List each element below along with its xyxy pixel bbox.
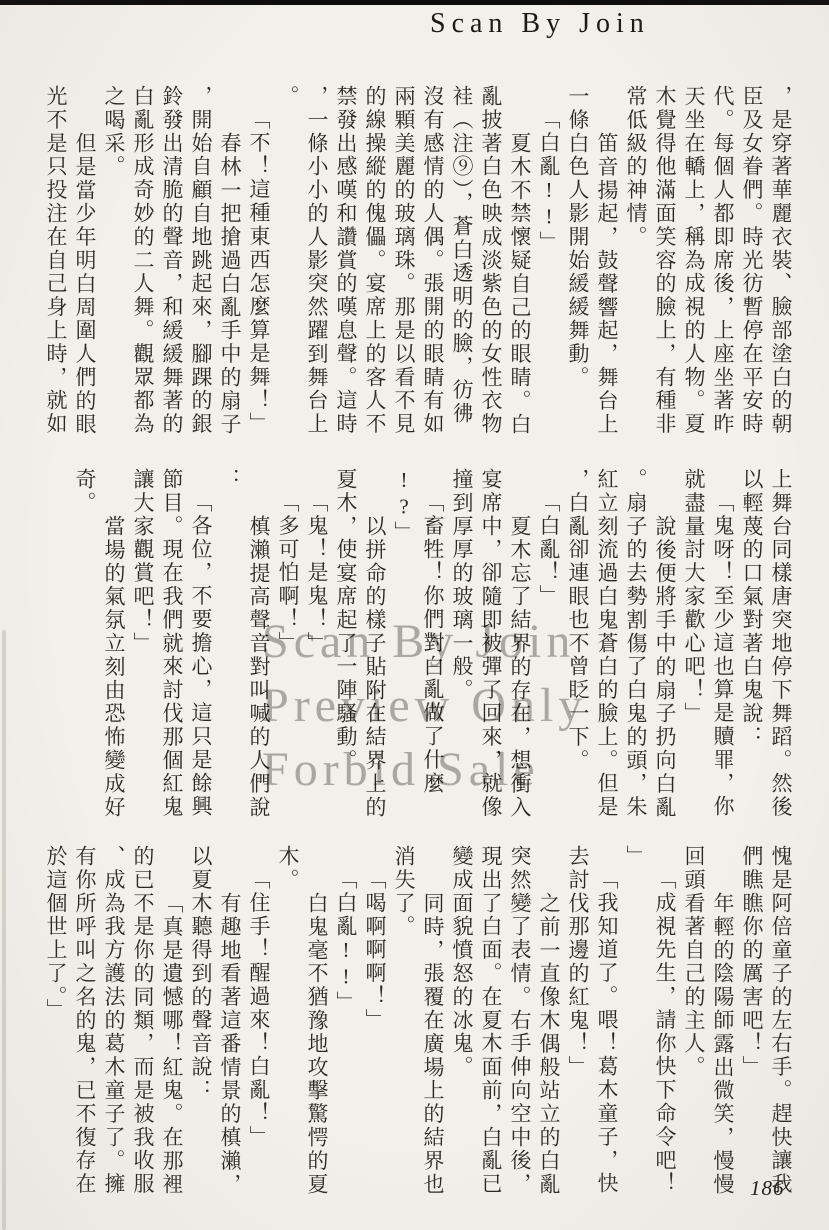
paragraph: 當場的氣氛立刻由恐怖變成好奇。: [70, 468, 128, 820]
scanned-book-page: Scan By Join ，是穿著華麗衣裝、臉部塗白的朝臣及女眷們。時光彷暫停在…: [0, 0, 829, 1230]
scan-header: Scan By Join: [430, 8, 650, 40]
paragraph: 「成視先生，請你快下命令吧！」: [621, 845, 679, 1197]
text-band-bottom: 愧是阿倍童子的左右手。趕快讓我們瞧瞧你的厲害吧！」 年輕的陰陽師露出微笑，慢慢回…: [33, 845, 795, 1197]
paragraph: 夏木不禁懷疑自己的眼睛。白亂披著白色映成淡紫色的女性衣物袿（注⑨），蒼白透明的臉…: [273, 85, 534, 437]
scan-artifact-left-edge: [2, 630, 6, 1230]
paragraph: 「我知道了。喂！葛木童子，快去討伐那邊的紅鬼！」: [563, 845, 621, 1197]
paragraph: 上舞台同樣唐突地停下舞蹈。然後以輕蔑的口氣對著白鬼說：: [737, 468, 795, 820]
watermark: Scan By Join Preview Only Forbid Sale: [262, 610, 587, 802]
paragraph: 「各位，不要擔心，這只是餘興節目。現在我們就來討伐那個紅鬼讓大家觀賞吧！」: [128, 468, 215, 820]
paragraph: 春林一把搶過白亂手中的扇子，開始自顧自地跳起來，腳踝的銀鈴發出清脆的聲音，和緩緩…: [99, 85, 244, 437]
watermark-line: Scan By Join: [262, 610, 587, 674]
paragraph: 「不！這種東西怎麼算是舞！」: [244, 85, 273, 437]
paragraph: 之前一直像木偶般站立的白亂突然變了表情。右手伸向空中後，現出了白面。在夏木面前，…: [447, 845, 563, 1197]
watermark-line: Forbid Sale: [262, 738, 587, 802]
watermark-line: Preview Only: [262, 674, 587, 738]
paragraph: ，是穿著華麗衣裝、臉部塗白的朝臣及女眷們。時光彷暫停在平安時代。每個人都即席後，…: [621, 85, 795, 437]
page-number: 186: [750, 1176, 785, 1201]
paragraph: 「鬼呀！至少這也算是贖罪，你就盡量討大家歡心吧！」: [679, 468, 737, 820]
paragraph: 「白亂!!」: [331, 845, 360, 1197]
paragraph: 「喝啊啊啊！」: [360, 845, 389, 1197]
paragraph: 笛音揚起，鼓聲響起，舞台上一條白色人影開始緩緩舞動。: [563, 85, 621, 437]
paragraph: 白鬼毫不猶豫地攻擊驚愕的夏木。: [273, 845, 331, 1197]
paragraph: 有趣地看著這番情景的槙瀨，以夏木聽得到的聲音說：: [186, 845, 244, 1197]
paragraph: 年輕的陰陽師露出微笑，慢慢回頭看著自己的主人。: [679, 845, 737, 1197]
paragraph: 「真是遺憾哪！紅鬼。在那裡的已不是你的同類，而是被我收服、成為我方護法的葛木童子…: [41, 845, 186, 1197]
paragraph: 「白亂!!」: [534, 85, 563, 437]
paragraph: 同時，張覆在廣場上的結界也消失了。: [389, 845, 447, 1197]
paragraph: 「住手！醒過來！白亂！」: [244, 845, 273, 1197]
scan-artifact-top-edge: [0, 0, 829, 5]
paragraph: 但是當少年明白周圍人們的眼光不是只投注在自己身上時，就如: [41, 85, 99, 437]
paragraph: 愧是阿倍童子的左右手。趕快讓我們瞧瞧你的厲害吧！」: [737, 845, 795, 1197]
text-band-top: ，是穿著華麗衣裝、臉部塗白的朝臣及女眷們。時光彷暫停在平安時代。每個人都即席後，…: [33, 85, 795, 437]
